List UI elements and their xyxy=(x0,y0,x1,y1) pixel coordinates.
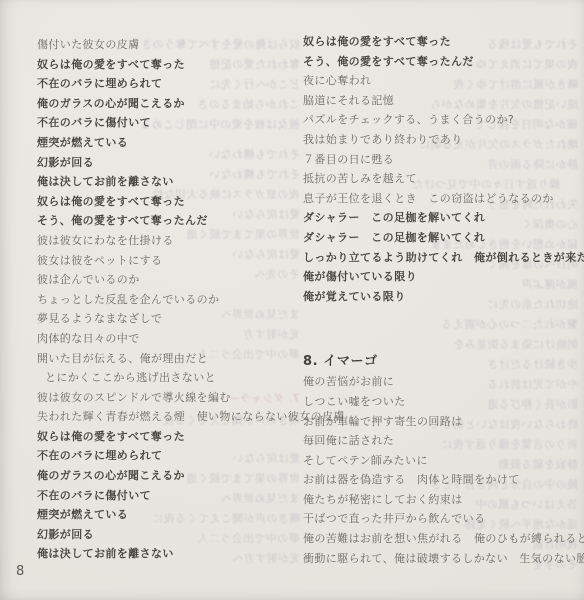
lyric-line: 不在のバラに傷付いて xyxy=(37,113,345,133)
lyric-line: そしてペテン師みたいに xyxy=(303,451,584,471)
lyric-line: 彼は彼女のスピンドルで導火線を編む xyxy=(37,388,345,408)
lyric-line: 夜に心奪われ xyxy=(303,71,584,91)
lyric-line: パズルをチェックする、うまく合うのか? xyxy=(303,110,584,130)
lyric-line: 我は始まりであり終わりであり xyxy=(303,130,584,150)
lyric-line: 煙突が燃えている xyxy=(37,133,345,153)
lyric-line: 奴らは俺の愛をすべて奪った xyxy=(37,192,345,212)
lyrics-section-track7: 奴らは俺の愛をすべて奪ったそう、俺の愛をすべて奪ったんだ夜に心奪われ脇道にそれる… xyxy=(303,32,584,306)
lyric-line: 夢見るようなまなざしで xyxy=(37,309,345,329)
lyric-line: 開いた目が伝える、俺が理由だと xyxy=(37,349,345,369)
lyric-line: 俺は決してお前を離さない xyxy=(37,544,345,564)
lyric-line: しっかり立てるよう助けてくれ 俺が倒れるときが来たら xyxy=(303,248,584,268)
lyric-line: 彼は企んでいるのか xyxy=(37,270,345,290)
lyric-line: 衝動に駆られて、俺は破壊するしかない 生気のない胎児の道を xyxy=(303,549,584,569)
lyric-line: 俺の苦難はお前を想い焦がれる 俺のひもが縛られるとき xyxy=(303,529,584,549)
lyric-line: 俺の苦悩がお前に xyxy=(303,372,584,392)
lyric-line: 彼は彼女にわなを仕掛ける xyxy=(37,231,345,251)
lyric-line: 不在のバラに埋められて xyxy=(37,446,345,466)
lyric-line: 抵抗の苦しみを越えて xyxy=(303,169,584,189)
lyric-line: とにかくここから逃げ出さないと xyxy=(37,368,345,388)
lyric-line: 俺が覚えている限り xyxy=(303,287,584,307)
lyric-line: 不在のバラに傷付いて xyxy=(37,486,345,506)
lyric-line: そう、俺の愛をすべて奪ったんだ xyxy=(37,211,345,231)
lyric-line: 息子が王位を退くとき この窃盗はどうなるのか xyxy=(303,189,584,209)
lyric-line: お前が車輪で押す寄生の回路は xyxy=(303,412,584,432)
lyric-line: そう、俺の愛をすべて奪ったんだ xyxy=(303,52,584,72)
lyric-line: お前は器を偽造する 肉体と時間をかけて xyxy=(303,470,584,490)
lyrics-column-left: 傷付いた彼女の皮膚奴らは俺の愛をすべて奪った不在のバラに埋められて俺のガラスの心… xyxy=(37,35,345,564)
lyric-line: 俺たちが秘密にしておく約束は xyxy=(303,490,584,510)
lyrics-column-right: 奴らは俺の愛をすべて奪ったそう、俺の愛をすべて奪ったんだ夜に心奪われ脇道にそれる… xyxy=(303,32,584,568)
lyric-line: ダシャラー この足枷を解いてくれ xyxy=(303,228,584,248)
lyric-line: 俺は決してお前を離さない xyxy=(37,172,345,192)
track-heading: 8. イマーゴ xyxy=(303,351,584,372)
lyric-line: 奴らは俺の愛をすべて奪った xyxy=(303,32,584,52)
lyrics-section-track8: 俺の苦悩がお前にしつこい嘘をついたお前が車輪で押す寄生の回路は毎回俺に話されたそ… xyxy=(303,372,584,568)
lyric-line: 俺のガラスの心が聞こえるか xyxy=(37,94,345,114)
lyric-line: しつこい嘘をついた xyxy=(303,392,584,412)
lyric-line: 幻影が回る xyxy=(37,525,345,545)
lyric-line: 脇道にそれる記憶 xyxy=(303,91,584,111)
page-number: 8 xyxy=(16,564,25,579)
lyric-line: 煙突が燃えている xyxy=(37,505,345,525)
lyric-line: 傷付いた彼女の皮膚 xyxy=(37,35,345,55)
lyric-line: 俺のガラスの心が聞こえるか xyxy=(37,466,345,486)
lyric-line: 俺が傷付いている限り xyxy=(303,267,584,287)
lyric-line: ダシャラー この足枷を解いてくれ xyxy=(303,208,584,228)
lyric-line: 幻影が回る xyxy=(37,153,345,173)
lyric-line: ちょっとした反乱を企んでいるのか xyxy=(37,290,345,310)
lyric-line: 不在のバラに埋められて xyxy=(37,74,345,94)
lyric-line: 肉体的な日々の中で xyxy=(37,329,345,349)
lyric-line: ７番目の日に甦る xyxy=(303,150,584,170)
lyric-line: 奴らは俺の愛をすべて奪った xyxy=(37,427,345,447)
lyric-line: 奴らは俺の愛をすべて奪った xyxy=(37,55,345,75)
lyric-line: 毎回俺に話された xyxy=(303,431,584,451)
lyric-line: 彼女は彼をペットにする xyxy=(37,251,345,271)
booklet-page: 奴らは俺の愛をすべて奪うのさ奪われた愛の記憶どこかへ行く先にこれから始まるのさ彼… xyxy=(0,0,584,600)
lyric-line: 失われた輝く青春が燃える煙 使い物にならない彼女の皮膚 xyxy=(37,407,345,427)
lyric-line: 干ばつで直った井戸から飲んでいる xyxy=(303,509,584,529)
